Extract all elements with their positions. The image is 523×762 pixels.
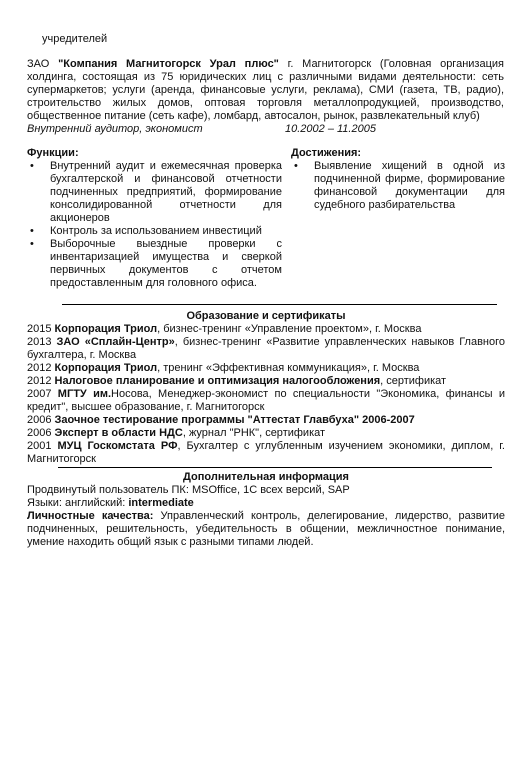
bullet-icon: • — [294, 160, 298, 173]
education-entry: 2006 Заочное тестирование программы "Атт… — [27, 414, 505, 427]
additional-heading: Дополнительная информация — [27, 471, 505, 484]
education-entry: 2015 Корпорация Триол, бизнес-тренинг «У… — [27, 323, 505, 336]
company-name: "Компания Магнитогорск Урал плюс" — [58, 58, 279, 70]
education-entry: 2006 Эксперт в области НДС, журнал "РНК"… — [27, 427, 505, 440]
additional-section: Дополнительная информация Продвинутый по… — [27, 471, 505, 549]
bullet-icon: • — [30, 238, 34, 251]
education-heading: Образование и сертификаты — [27, 310, 505, 323]
job-period: 10.2002 – 11.2005 — [285, 123, 376, 136]
personal-qualities: Личностные качества: Управленческий конт… — [27, 510, 505, 549]
achievements-section: Достижения: •Выявление хищений в одной и… — [291, 147, 505, 212]
achievements-heading: Достижения: — [291, 147, 505, 160]
functions-section: Функции: •Внутренний аудит и ежемесячная… — [27, 147, 282, 290]
section-divider — [62, 304, 497, 305]
functions-list: •Внутренний аудит и ежемесячная проверка… — [27, 160, 282, 290]
education-entry: 2012 Налоговое планирование и оптимизаци… — [27, 375, 505, 388]
languages: Языки: английский: intermediate — [27, 497, 505, 510]
pc-skills: Продвинутый пользователь ПК: MSOffice, 1… — [27, 484, 505, 497]
bullet-icon: • — [30, 225, 34, 238]
education-section: Образование и сертификаты 2015 Корпораци… — [27, 310, 505, 466]
function-item: •Контроль за использованием инвестиций — [27, 225, 282, 238]
achievements-list: •Выявление хищений в одной из подчиненно… — [291, 160, 505, 212]
bullet-icon: • — [30, 160, 34, 173]
education-entry: 2007 МГТУ им.Носова, Менеджер-экономист … — [27, 388, 505, 414]
function-item: •Внутренний аудит и ежемесячная проверка… — [27, 160, 282, 225]
function-item: •Выборочные выездные проверки с инвентар… — [27, 238, 282, 290]
achievement-item: •Выявление хищений в одной из подчиненно… — [291, 160, 505, 212]
functions-heading: Функции: — [27, 147, 282, 160]
previous-page-fragment: учредителей — [42, 33, 107, 46]
company-prefix: ЗАО — [27, 58, 58, 70]
job-position: Внутренний аудитор, экономист — [27, 123, 203, 136]
education-entry: 2001 МУЦ Госкомстата РФ, Бухгалтер с угл… — [27, 440, 505, 466]
company-description: ЗАО "Компания Магнитогорск Урал плюс" г.… — [27, 58, 504, 123]
education-entry: 2012 Корпорация Триол, тренинг «Эффектив… — [27, 362, 505, 375]
section-divider — [58, 467, 492, 468]
education-entry: 2013 ЗАО «Сплайн-Центр», бизнес-тренинг … — [27, 336, 505, 362]
